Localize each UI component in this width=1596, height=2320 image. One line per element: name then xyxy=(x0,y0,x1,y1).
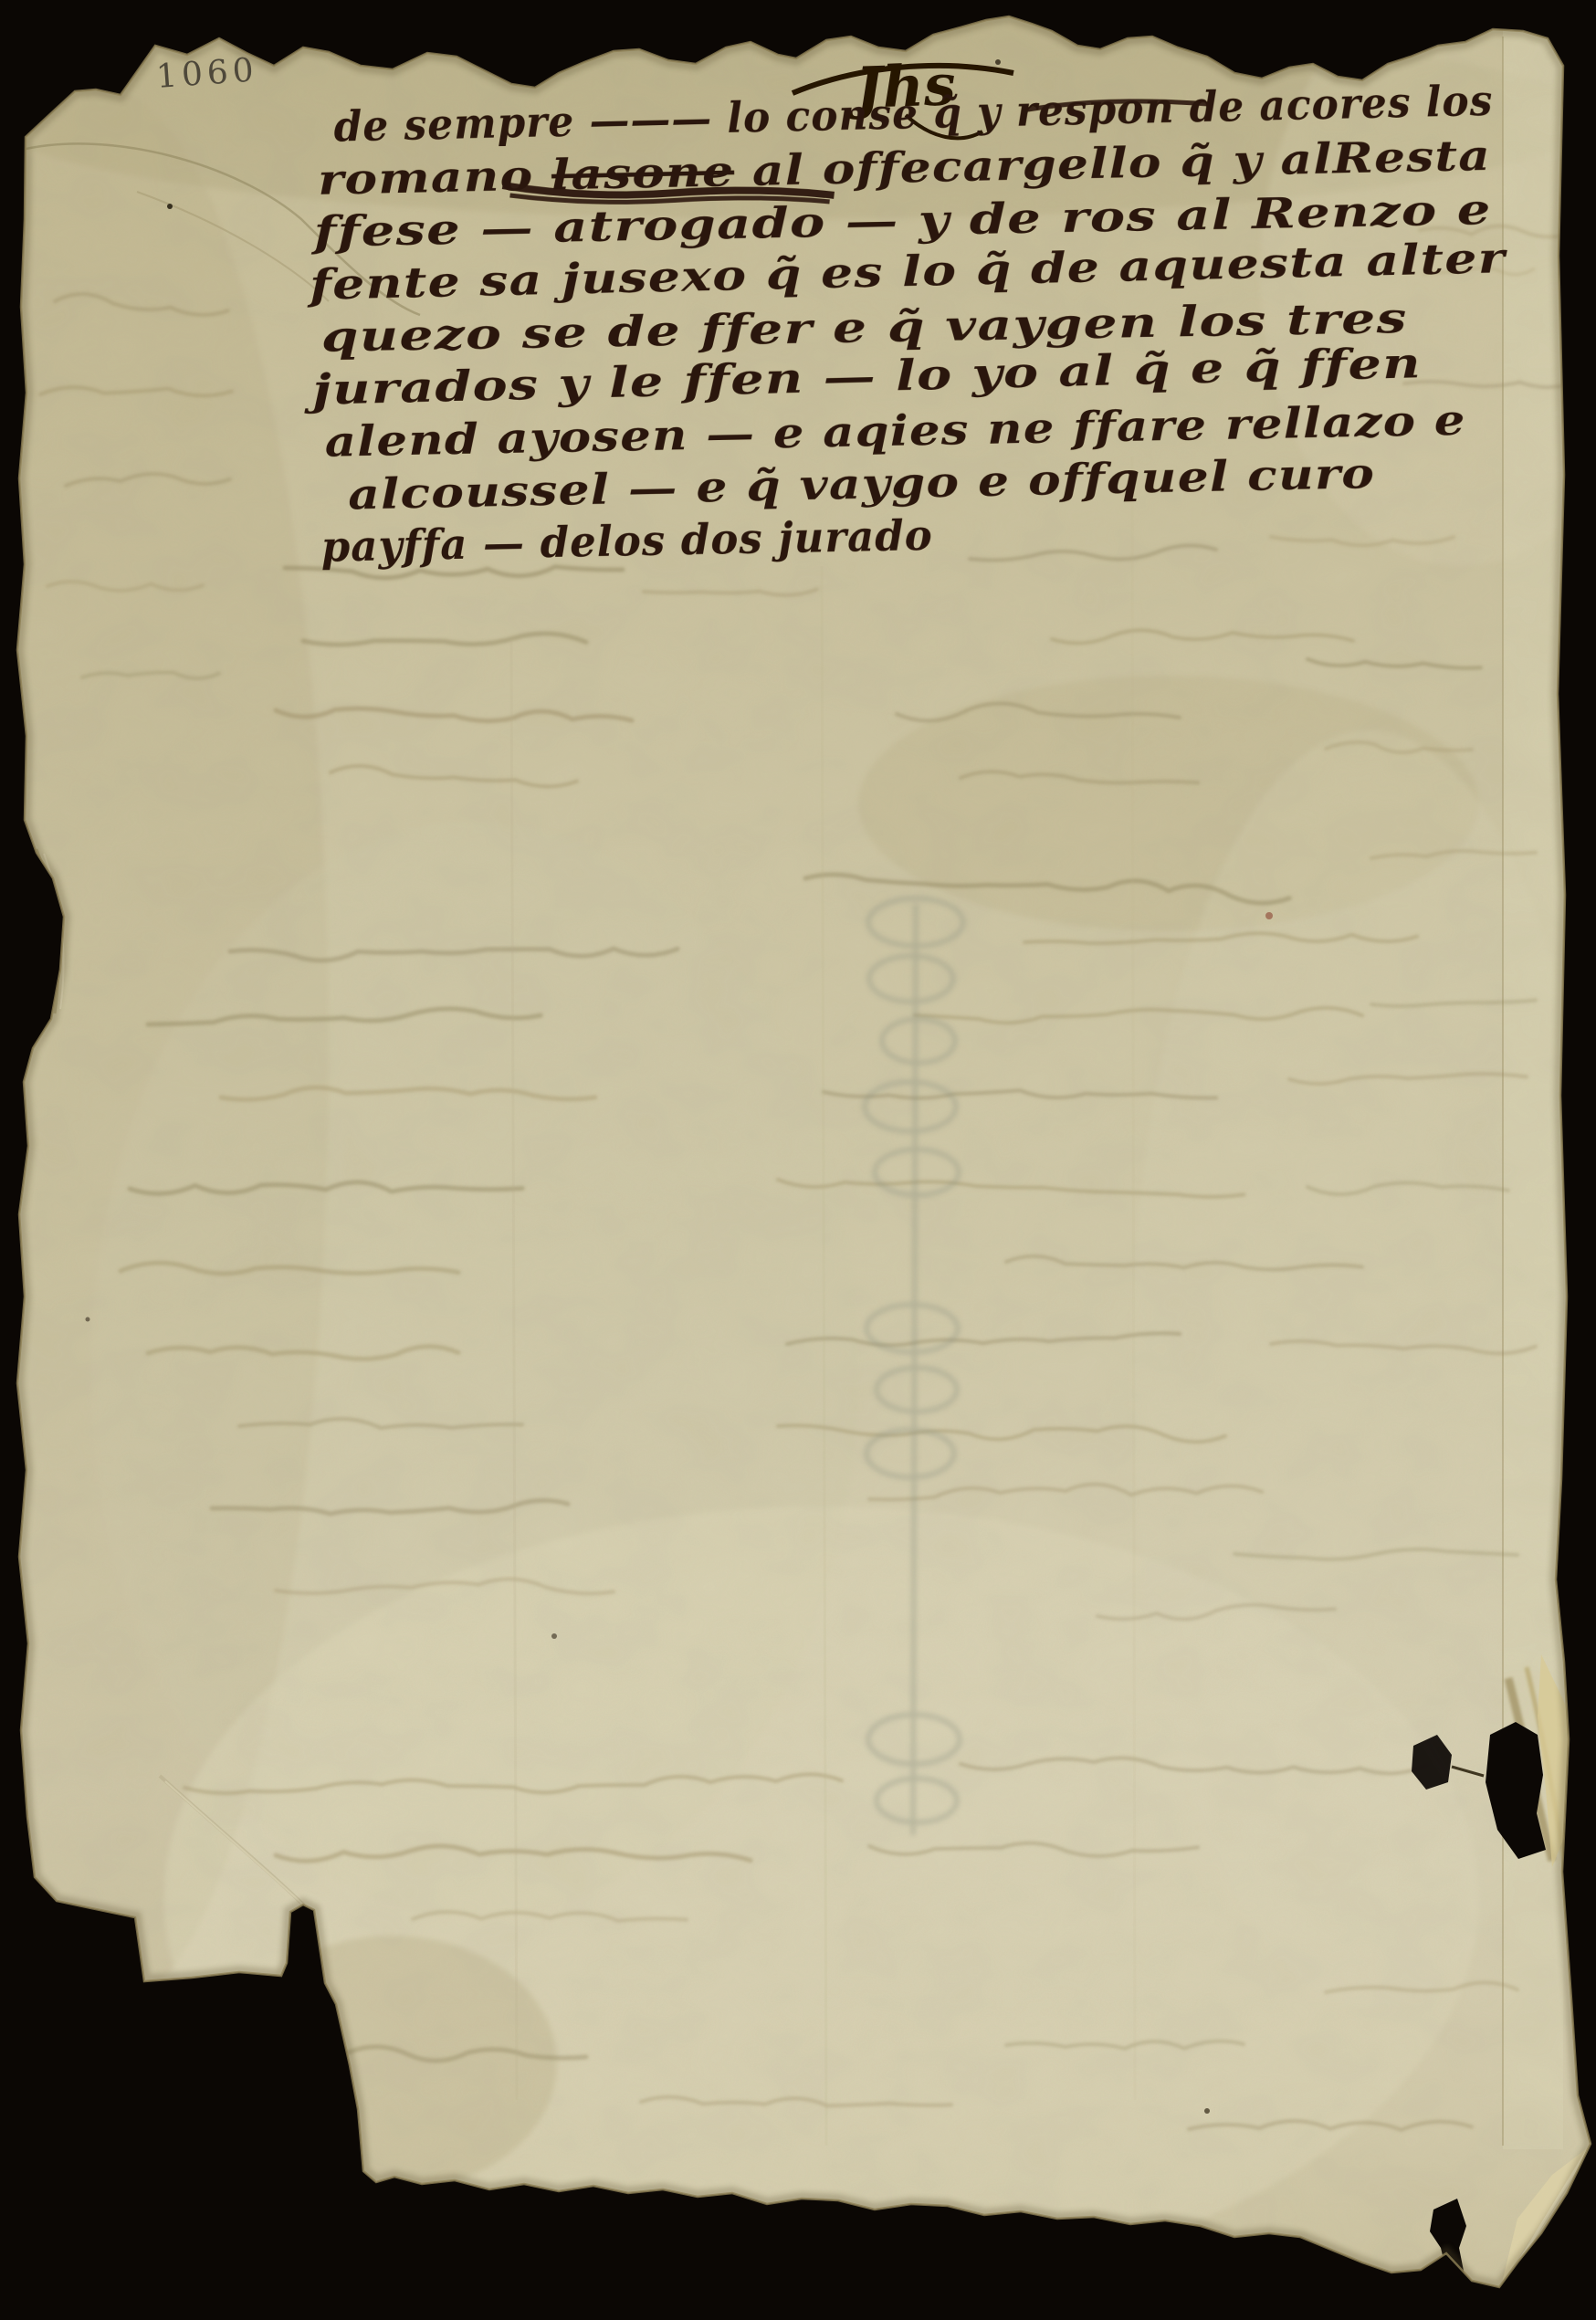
manuscript-scan: 1060 Jhs de sempre ——— lo conse q̃ y res… xyxy=(0,0,1596,2320)
folio-number: 1060 xyxy=(155,51,259,96)
scan-canvas: 1060 Jhs de sempre ——— lo conse q̃ y res… xyxy=(0,0,1596,2320)
